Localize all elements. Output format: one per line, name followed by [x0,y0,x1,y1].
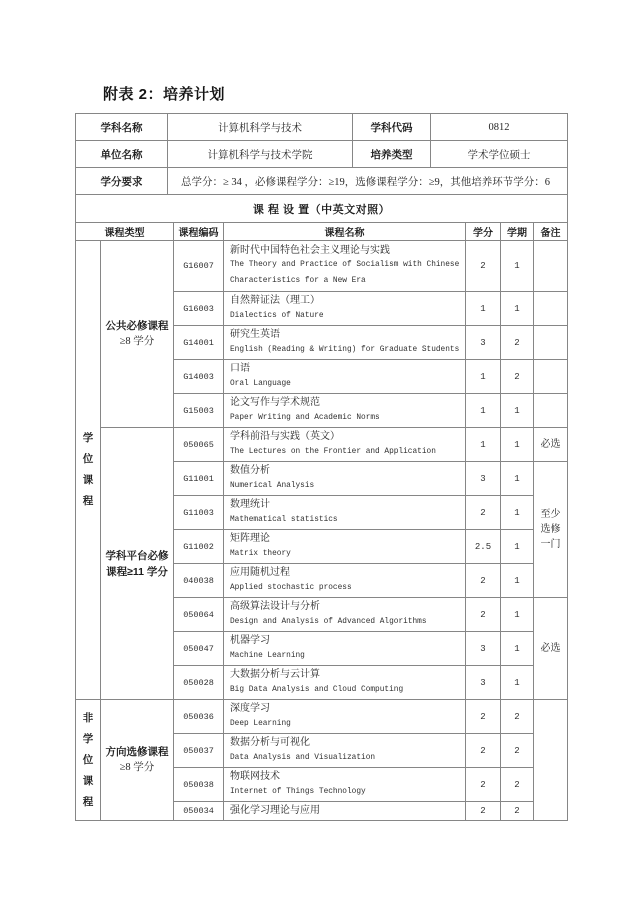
course-name-zh: 高级算法设计与分析 [230,599,461,615]
header-course-code: 课程编码 [174,223,224,241]
course-name: 数值分析 Numerical Analysis [224,462,466,496]
course-code: G15003 [174,394,224,428]
course-name-en: English (Reading & Writing) for Graduate… [230,343,461,359]
course-name-zh: 学科前沿与实践（英文） [230,429,461,445]
course-name-en: Oral Language [230,377,461,393]
category-degree-courses: 学位课程 [76,241,101,700]
course-semester: 2 [501,734,534,768]
course-semester: 1 [501,462,534,496]
course-semester: 1 [501,292,534,326]
course-note [534,394,568,428]
course-code: 050065 [174,428,224,462]
course-name: 高级算法设计与分析 Design and Analysis of Advance… [224,598,466,632]
course-name-en: Data Analysis and Visualization [230,751,461,767]
course-row: 学位课程 公共必修课程 ≥8 学分 G16007 新时代中国特色社会主义理论与实… [76,241,568,292]
course-name-en: Numerical Analysis [230,479,461,495]
page-title: 附表 2：培养计划 [103,83,225,104]
header-note: 备注 [534,223,568,241]
course-name: 深度学习 Deep Learning [224,700,466,734]
course-name-en: Design and Analysis of Advanced Algorith… [230,615,461,631]
course-credits: 2 [466,241,501,292]
course-name-zh: 深度学习 [230,701,461,717]
course-code: 050028 [174,666,224,700]
course-semester: 1 [501,666,534,700]
course-name: 数据分析与可视化 Data Analysis and Visualization [224,734,466,768]
course-code: G14003 [174,360,224,394]
course-note-required: 必选 [534,428,568,462]
info-row-unit: 单位名称 计算机科学与技术学院 培养类型 学术学位硕士 [76,141,568,168]
course-semester: 1 [501,428,534,462]
course-name-zh: 新时代中国特色社会主义理论与实践 [230,243,461,259]
course-name-en: The Theory and Practice of Socialism wit… [230,258,461,289]
credits-req-label: 学分要求 [76,168,168,195]
course-credits: 2 [466,700,501,734]
course-semester: 2 [501,802,534,821]
course-code: G11002 [174,530,224,564]
course-name: 论文写作与学术规范 Paper Writing and Academic Nor… [224,394,466,428]
course-code: G16007 [174,241,224,292]
subject-code-label: 学科代码 [353,114,431,141]
course-credits: 3 [466,326,501,360]
course-note-at-least-one: 至少选修一门 [534,462,568,598]
info-table: 学科名称 计算机科学与技术 学科代码 0812 单位名称 计算机科学与技术学院 … [75,113,568,223]
course-credits: 2 [466,734,501,768]
course-name-zh: 机器学习 [230,633,461,649]
course-name: 学科前沿与实践（英文） The Lectures on the Frontier… [224,428,466,462]
info-row-credits: 学分要求 总学分：≥ 34 ，必修课程学分：≥19，选修课程学分：≥9，其他培养… [76,168,568,195]
course-note [534,241,568,292]
course-name-en: Big Data Analysis and Cloud Computing [230,683,461,699]
course-semester: 1 [501,598,534,632]
course-semester: 1 [501,241,534,292]
training-plan-document: 学科名称 计算机科学与技术 学科代码 0812 单位名称 计算机科学与技术学院 … [75,113,567,821]
course-credits: 3 [466,462,501,496]
course-note-empty [534,700,568,821]
course-credits: 2 [466,496,501,530]
course-name-zh: 强化学习理论与应用 [230,803,461,819]
course-name-en: Mathematical statistics [230,513,461,529]
course-credits: 1 [466,292,501,326]
course-credits: 3 [466,632,501,666]
course-credits: 2 [466,768,501,802]
course-name-zh: 数值分析 [230,463,461,479]
subject-name-label: 学科名称 [76,114,168,141]
subject-name-value: 计算机科学与技术 [168,114,353,141]
subject-code-value: 0812 [431,114,568,141]
group-public-required: 公共必修课程 ≥8 学分 [101,241,174,428]
course-name-zh: 论文写作与学术规范 [230,395,461,411]
course-code: 050036 [174,700,224,734]
category-non-degree-courses: 非学位课程 [76,700,101,821]
training-type-label: 培养类型 [353,141,431,168]
credits-req-value: 总学分：≥ 34 ，必修课程学分：≥19，选修课程学分：≥9，其他培养环节学分：… [168,168,568,195]
course-name-zh: 数理统计 [230,497,461,513]
course-name-zh: 矩阵理论 [230,531,461,547]
course-name-zh: 物联网技术 [230,769,461,785]
course-name: 口语 Oral Language [224,360,466,394]
header-credits: 学分 [466,223,501,241]
course-note [534,360,568,394]
course-note [534,292,568,326]
course-credits: 3 [466,666,501,700]
course-credits: 1 [466,360,501,394]
training-type-value: 学术学位硕士 [431,141,568,168]
course-name: 强化学习理论与应用 [224,802,466,821]
course-table-header: 课程类型 课程编码 课程名称 学分 学期 备注 [76,223,568,241]
course-credits: 2 [466,598,501,632]
course-semester: 1 [501,394,534,428]
course-name-zh: 数据分析与可视化 [230,735,461,751]
course-name: 数理统计 Mathematical statistics [224,496,466,530]
course-credits: 1 [466,394,501,428]
course-name: 矩阵理论 Matrix theory [224,530,466,564]
course-code: 050038 [174,768,224,802]
course-name-en: Matrix theory [230,547,461,563]
course-semester: 1 [501,530,534,564]
course-name-zh: 应用随机过程 [230,565,461,581]
course-name-en: Dialectics of Nature [230,309,461,325]
header-course-type: 课程类型 [76,223,174,241]
course-credits: 2 [466,802,501,821]
course-code: 050034 [174,802,224,821]
course-semester: 1 [501,496,534,530]
header-semester: 学期 [501,223,534,241]
course-code: 050037 [174,734,224,768]
course-semester: 2 [501,768,534,802]
course-name: 机器学习 Machine Learning [224,632,466,666]
course-name-zh: 大数据分析与云计算 [230,667,461,683]
course-note [534,326,568,360]
course-code: G16003 [174,292,224,326]
course-semester: 1 [501,632,534,666]
course-name: 大数据分析与云计算 Big Data Analysis and Cloud Co… [224,666,466,700]
course-semester: 1 [501,564,534,598]
course-name: 研究生英语 English (Reading & Writing) for Gr… [224,326,466,360]
course-semester: 2 [501,360,534,394]
course-name: 新时代中国特色社会主义理论与实践 The Theory and Practice… [224,241,466,292]
group-platform-required: 学科平台必修 课程≥11 学分 [101,428,174,700]
header-course-name: 课程名称 [224,223,466,241]
course-name-en: Paper Writing and Academic Norms [230,411,461,427]
course-credits: 2.5 [466,530,501,564]
course-code: G11001 [174,462,224,496]
course-table: 课程类型 课程编码 课程名称 学分 学期 备注 学位课程 公共必修课程 ≥8 学… [75,222,568,821]
course-name-en: Internet of Things Technology [230,785,461,801]
info-row-subject: 学科名称 计算机科学与技术 学科代码 0812 [76,114,568,141]
course-credits: 2 [466,564,501,598]
course-semester: 2 [501,700,534,734]
unit-name-label: 单位名称 [76,141,168,168]
unit-name-value: 计算机科学与技术学院 [168,141,353,168]
group-direction-elective: 方向选修课程 ≥8 学分 [101,700,174,821]
course-note-required-group: 必选 [534,598,568,700]
course-setup-title: 课 程 设 置（中英文对照） [76,195,568,223]
course-name-en: Deep Learning [230,717,461,733]
course-code: 040038 [174,564,224,598]
course-name-zh: 自然辩证法（理工） [230,293,461,309]
course-name: 物联网技术 Internet of Things Technology [224,768,466,802]
course-semester: 2 [501,326,534,360]
course-row: 学科平台必修 课程≥11 学分 050065 学科前沿与实践（英文） The L… [76,428,568,462]
course-code: G11003 [174,496,224,530]
course-name: 应用随机过程 Applied stochastic process [224,564,466,598]
course-code: 050064 [174,598,224,632]
course-credits: 1 [466,428,501,462]
info-row-section-title: 课 程 设 置（中英文对照） [76,195,568,223]
course-row: 非学位课程 方向选修课程 ≥8 学分 050036 深度学习 Deep Lear… [76,700,568,734]
course-name-en: The Lectures on the Frontier and Applica… [230,445,461,461]
course-name-zh: 研究生英语 [230,327,461,343]
course-name-en: Applied stochastic process [230,581,461,597]
course-code: G14001 [174,326,224,360]
course-name: 自然辩证法（理工） Dialectics of Nature [224,292,466,326]
course-name-en: Machine Learning [230,649,461,665]
course-code: 050047 [174,632,224,666]
course-name-zh: 口语 [230,361,461,377]
